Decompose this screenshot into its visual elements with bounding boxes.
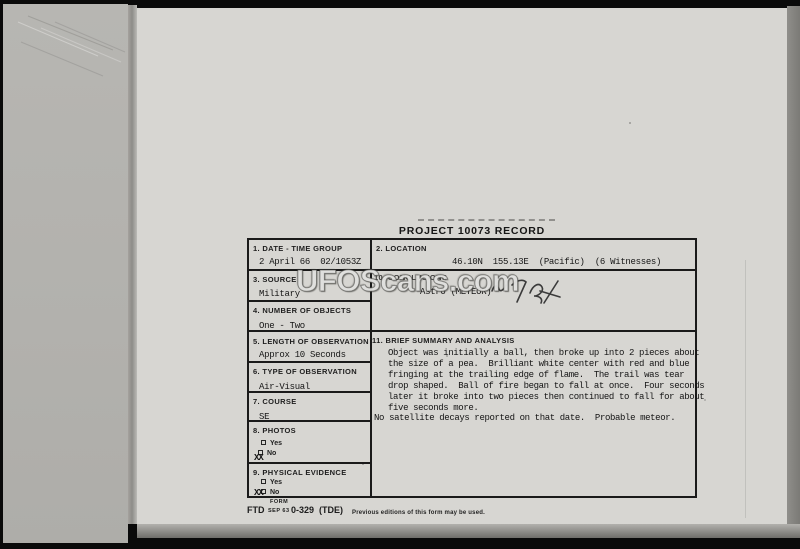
physical-evidence-no-xx-mark: XX — [254, 488, 263, 498]
row-line — [249, 300, 372, 302]
field-label-source: 3. SOURCE — [253, 275, 297, 284]
photos-option-yes: Yes — [261, 440, 282, 447]
photos-yes-label: Yes — [270, 440, 282, 447]
row-line — [372, 330, 695, 332]
field-value-course: SE — [259, 412, 269, 422]
field-label-type-of-observation: 6. TYPE OF OBSERVATION — [253, 367, 357, 376]
summary-line: drop shaped. Ball of fire began to fall … — [369, 381, 703, 392]
field-label-date-time-group: 1. DATE - TIME GROUP — [253, 244, 342, 253]
page-seam — [128, 5, 137, 524]
field-label-number-of-objects: 4. NUMBER OF OBJECTS — [253, 306, 351, 315]
footer-date: SEP 63 — [268, 508, 290, 514]
field-label-location: 2. LOCATION — [376, 244, 427, 253]
field-label-course: 7. COURSE — [253, 397, 297, 406]
footer-agency: FTD — [247, 505, 265, 515]
field-value-number-of-objects: One - Two — [259, 321, 305, 331]
summary-line: Object was initially a ball, then broke … — [369, 348, 703, 359]
row-line — [249, 462, 372, 464]
photos-no-xx-mark: XX — [254, 453, 263, 463]
brief-summary-text: Object was initially a ball, then broke … — [369, 348, 703, 424]
summary-line: five seconds more. — [369, 403, 703, 414]
field-label-photos: 8. PHOTOS — [253, 426, 296, 435]
field-label-length-of-observation: 5. LENGTH OF OBSERVATION — [253, 337, 369, 346]
summary-line: the size of a pea. Brilliant white cente… — [369, 359, 703, 370]
summary-line: fringing at the trailing edge of flame. … — [369, 370, 703, 381]
physical-evidence-yes-checkbox — [261, 479, 266, 484]
right-page-edge — [787, 6, 800, 530]
bottom-shadow — [137, 524, 800, 538]
dashed-rule — [418, 219, 555, 221]
scanned-document: PROJECT 10073 RECORD 1. DATE - TIME GROU… — [0, 0, 800, 549]
row-line — [249, 361, 372, 363]
fold-line — [745, 260, 746, 518]
field-value-source: Military — [259, 289, 300, 299]
paper-crease-marks — [3, 4, 128, 94]
summary-line: later it broke into two pieces then cont… — [369, 392, 703, 403]
physical-evidence-no-label: No — [270, 489, 279, 496]
physical-evidence-option-yes: Yes — [261, 479, 282, 486]
physical-evidence-yes-label: Yes — [270, 479, 282, 486]
field-label-brief-summary: 11. BRIEF SUMMARY AND ANALYSIS — [372, 336, 515, 345]
physical-evidence-option-no: No — [261, 489, 279, 496]
footer-form-word: FORM — [270, 499, 288, 505]
field-label-physical-evidence: 9. PHYSICAL EVIDENCE — [253, 468, 347, 477]
ufoscans-watermark: UFOScans.com — [296, 263, 519, 299]
summary-line: No satellite decays reported on that dat… — [369, 413, 703, 424]
field-value-length-of-observation: Approx 10 Seconds — [259, 350, 346, 360]
left-page-edge — [3, 4, 128, 543]
field-value-type-of-observation: Air-Visual — [259, 382, 310, 392]
footer-note: Previous editions of this form may be us… — [352, 510, 485, 516]
photos-no-label: No — [267, 450, 276, 457]
form-title: PROJECT 10073 RECORD — [247, 225, 697, 237]
photos-yes-checkbox — [261, 440, 266, 445]
footer-form-number: 0-329 (TDE) — [291, 505, 343, 515]
